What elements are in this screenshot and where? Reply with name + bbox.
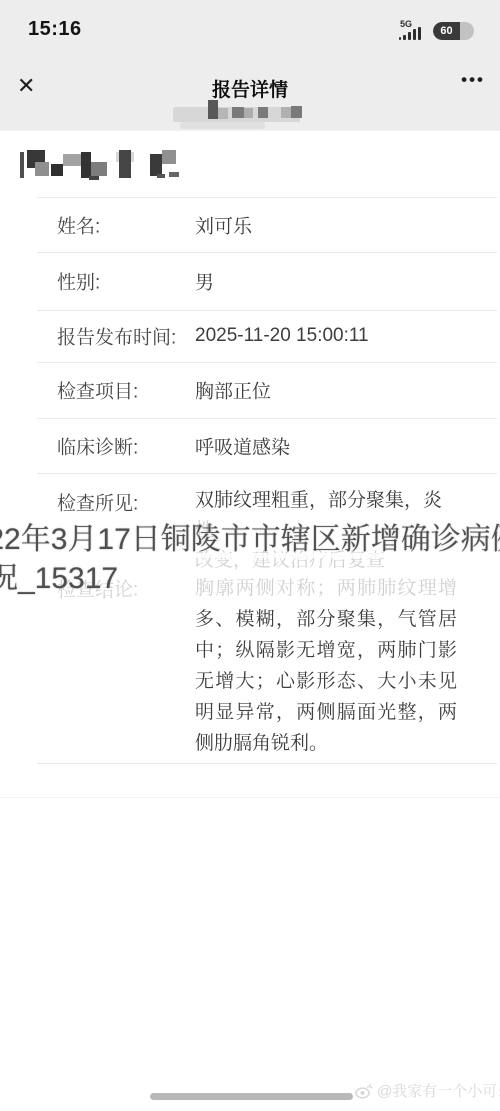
row-divider: [37, 763, 497, 764]
field-label: 姓名:: [57, 211, 100, 238]
table-row-gender: 性别: 男: [0, 252, 500, 310]
redacted-subtitle-block: [291, 106, 302, 118]
field-value: 胸部正位: [195, 377, 271, 404]
field-label: 性别:: [57, 268, 100, 295]
redacted-subtitle-block: [208, 100, 218, 119]
table-row-report-time: 报告发布时间: 2025-11-20 15:00:11: [0, 310, 500, 362]
watermark-handle: @我家有一个小可乐: [377, 1080, 500, 1101]
field-value: 男: [195, 268, 214, 295]
field-value: 呼吸道感染: [195, 432, 290, 459]
redacted-hospital-name: [18, 149, 186, 183]
field-value: 胸廓两侧对称；两肺肺纹理增多、模糊，部分聚集，气管居中；纵隔影无增宽，两肺门影无…: [195, 573, 457, 759]
signal-bars-icon: [399, 27, 421, 40]
field-label: 临床诊断:: [57, 432, 138, 459]
signal-icon: 5G: [399, 20, 426, 40]
status-icons: 5G 60: [399, 20, 474, 40]
page-title: 报告详情: [0, 75, 500, 102]
battery-icon: 60: [433, 22, 474, 40]
overlay-watermark-line1: 2022年3月17日铜陵市市辖区新增确诊病例情: [0, 513, 500, 558]
field-label: 检查所见:: [57, 489, 138, 516]
status-time: 15:16: [28, 18, 82, 41]
redacted-subtitle-block: [281, 107, 291, 118]
redacted-subtitle-block: [218, 108, 228, 119]
battery-percent: 60: [433, 22, 460, 40]
table-row-name: 姓名: 刘可乐: [0, 197, 500, 252]
overlay-watermark-line2: 况_15317: [0, 553, 500, 597]
card-bottom-edge: [0, 797, 500, 798]
footer-watermark: @我家有一个小可乐: [354, 1080, 500, 1101]
redacted-subtitle-smudge: [180, 122, 265, 129]
weibo-icon: [354, 1083, 374, 1099]
table-row-exam-item: 检查项目: 胸部正位: [0, 362, 500, 418]
table-row-clinical-diagnosis: 临床诊断: 呼吸道感染: [0, 418, 500, 473]
redacted-subtitle-block: [244, 108, 253, 118]
footer-gray-bar: [150, 1093, 353, 1100]
header: 15:16 5G 60 ✕ 报告详情 •••: [0, 0, 500, 130]
field-value: 2025-11-20 15:00:11: [195, 325, 369, 347]
field-label: 检查项目:: [57, 377, 138, 404]
more-menu-icon[interactable]: •••: [461, 70, 485, 90]
battery-empty-segment: [460, 22, 474, 40]
field-label: 报告发布时间:: [57, 323, 176, 350]
field-value: 刘可乐: [195, 211, 252, 238]
redacted-subtitle-block: [258, 107, 268, 118]
redacted-subtitle-block: [232, 107, 244, 118]
